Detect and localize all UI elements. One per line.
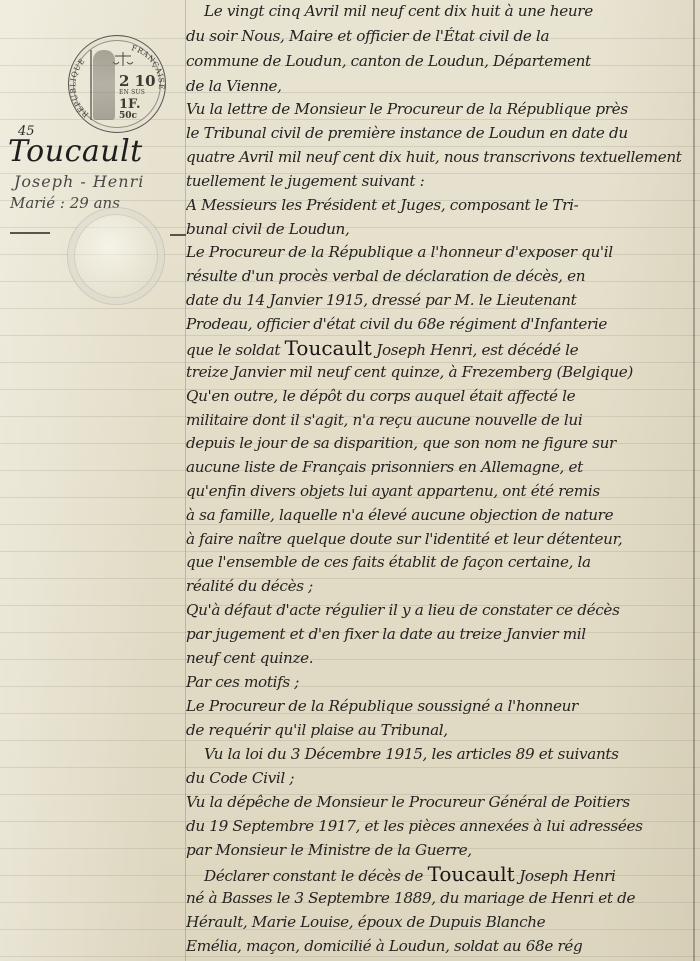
body-line: Vu la lettre de Monsieur le Procureur de… [186,100,692,118]
body-line: que l'ensemble de ces faits établit de f… [186,553,692,571]
body-line: Vu la loi du 3 Décembre 1915, les articl… [186,745,700,763]
body-line: militaire dont il s'agit, n'a reçu aucun… [186,411,692,429]
body-line: qu'enfin divers objets lui ayant apparte… [186,482,692,500]
line-text: que le soldat [186,341,285,359]
embossed-seal-icon [68,208,164,304]
entry-surname: Toucault [8,134,143,169]
body-line: date du 14 Janvier 1915, dressé par M. l… [186,291,692,309]
body-line: Vu la dépêche de Monsieur le Procureur G… [186,793,692,811]
justice-figure-icon [93,50,115,120]
entry-given-names: Joseph - Henri [14,172,144,191]
body-line: quatre Avril mil neuf cent dix huit, nou… [186,148,692,166]
body-line-with-name: Déclarer constant le décès de Toucault J… [186,862,700,886]
body-line: commune de Loudun, canton de Loudun, Dép… [186,52,692,70]
body-line: A Messieurs les Président et Juges, comp… [186,196,692,214]
body-line: à faire naître quelque doute sur l'ident… [186,530,692,548]
body-line: Qu'à défaut d'acte régulier il y a lieu … [186,601,692,619]
stamp-value-label: EN SUS [119,90,145,96]
body-line: Par ces motifs ; [186,673,692,691]
stamp-value-top: 2 10 [119,74,156,89]
body-line: du Code Civil ; [186,769,692,787]
body-line: treize Janvier mil neuf cent quinze, à F… [186,363,692,381]
body-line: réalité du décès ; [186,577,692,595]
body-line: bunal civil de Loudun, [186,220,692,238]
body-line: Le Procureur de la République a l'honneu… [186,243,692,261]
body-line: Prodeau, officier d'état civil du 68e ré… [186,315,692,333]
line-text: Joseph Henri, est décédé le [372,341,578,359]
deceased-surname: Toucault [428,862,515,886]
body-line: Le vingt cinq Avril mil neuf cent dix hu… [186,2,700,20]
page-edge [693,0,695,961]
body-line: aucune liste de Français prisonniers en … [186,458,692,476]
svg-text:RÉPUBLIQUE: RÉPUBLIQUE [69,56,90,119]
body-line: de requérir qu'il plaise au Tribunal, [186,721,692,739]
body-line: de la Vienne, [186,77,692,95]
body-line-with-name: que le soldat Toucault Joseph Henri, est… [186,336,692,360]
body-line: du soir Nous, Maire et officier de l'Éta… [186,27,692,45]
body-line: Le Procureur de la République soussigné … [186,697,692,715]
margin-separator [170,234,186,236]
fiscal-stamp: RÉPUBLIQUE FRANÇAISE 2 10 EN SUS 1F. 50c [68,35,166,133]
body-line: par jugement et d'en fixer la date au tr… [186,625,692,643]
body-line: né à Basses le 3 Septembre 1889, du mari… [186,889,692,907]
stamp-value-main: 1F. [119,98,141,111]
body-line: depuis le jour de sa disparition, que so… [186,434,692,452]
register-page: RÉPUBLIQUE FRANÇAISE 2 10 EN SUS 1F. 50c… [0,0,700,961]
body-line: tuellement le jugement suivant : [186,172,692,190]
body-line: par Monsieur le Ministre de la Guerre, [186,841,692,859]
body-line: du 19 Septembre 1917, et les pièces anne… [186,817,692,835]
body-line: Emélia, maçon, domicilié à Loudun, solda… [186,937,692,955]
body-line: résulte d'un procès verbal de déclaratio… [186,267,692,285]
body-line: neuf cent quinze. [186,649,692,667]
body-line: Hérault, Marie Louise, époux de Dupuis B… [186,913,692,931]
line-text: Déclarer constant le décès de [204,867,428,885]
stamp-value-cents: 50c [119,112,137,121]
body-line: à sa famille, laquelle n'a élevé aucune … [186,506,692,524]
body-line: le Tribunal civil de première instance d… [186,124,692,142]
body-line: Qu'en outre, le dépôt du corps auquel ét… [186,387,692,405]
margin-separator [10,232,50,234]
deceased-surname: Toucault [285,336,372,360]
line-text: Joseph Henri [515,867,616,885]
